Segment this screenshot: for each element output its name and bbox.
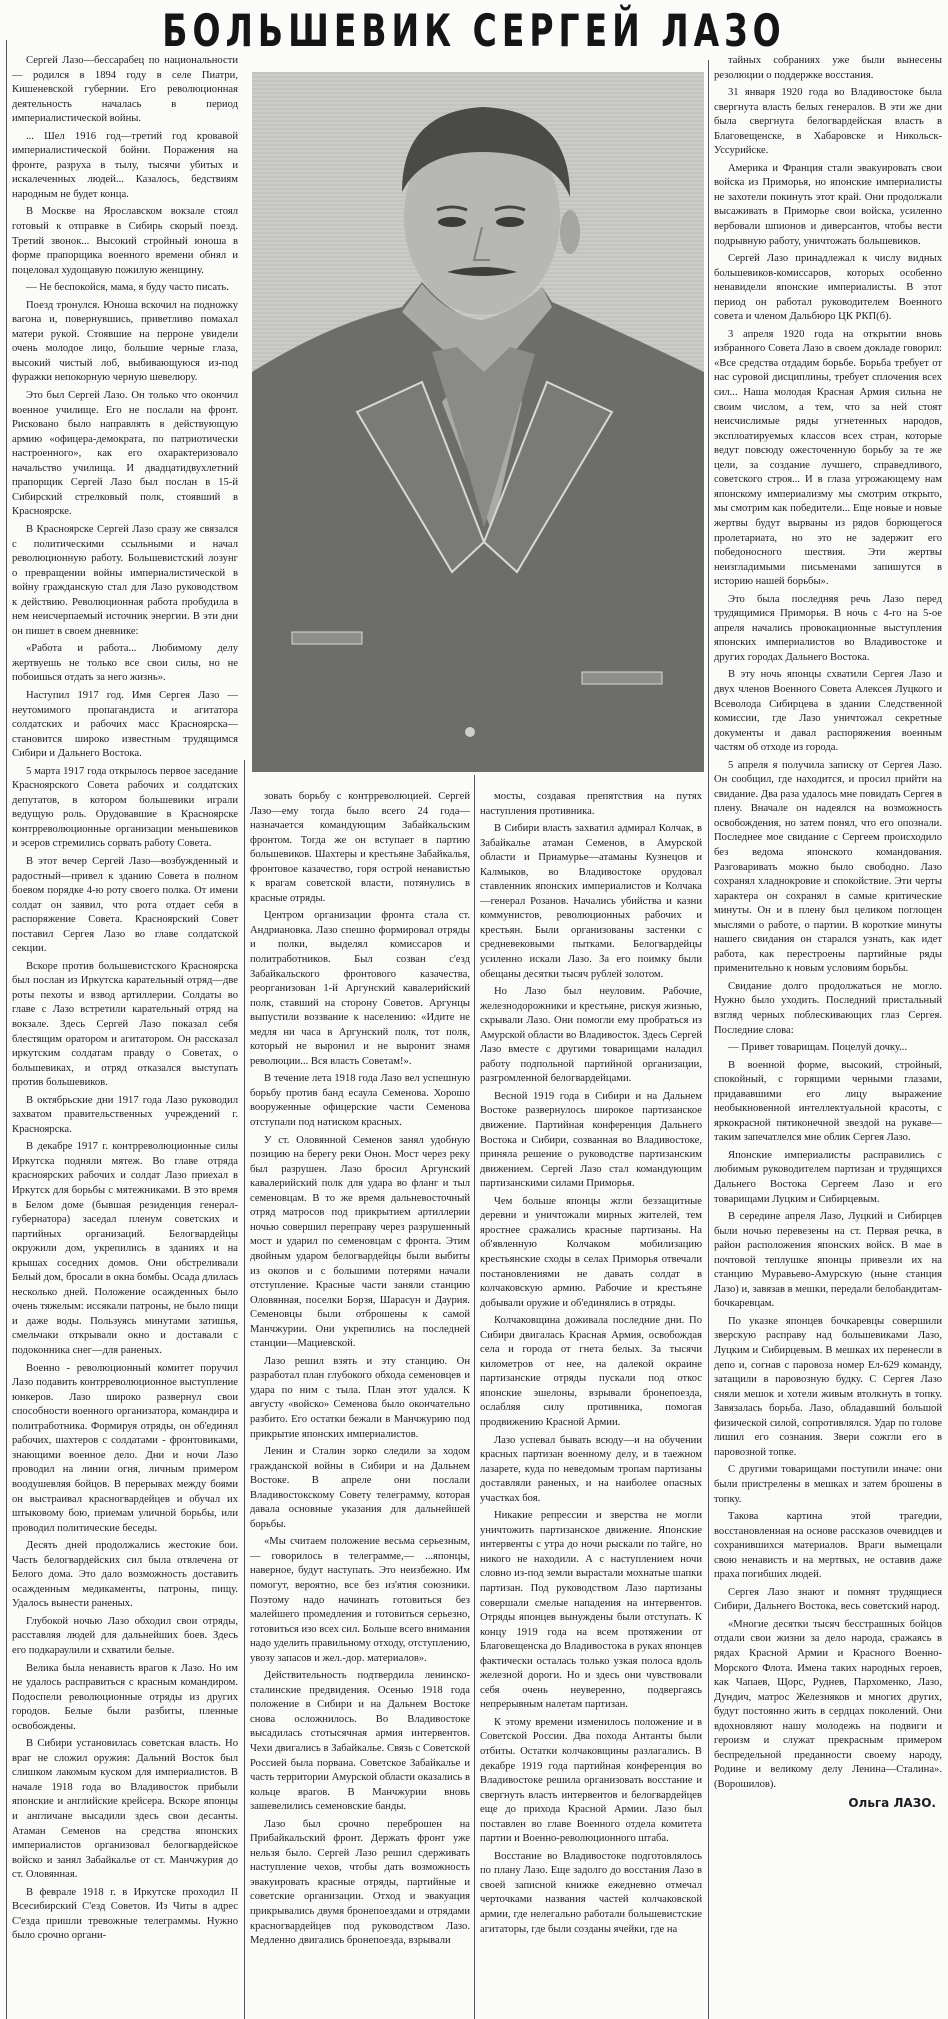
article-paragraph: В эту ночь японцы схватили Сергея Лазо и… (714, 668, 942, 755)
article-column-2: зовать борьбу с контрреволюцией. Сергей … (250, 790, 470, 2016)
author-signature: Ольга ЛАЗО. (714, 1796, 942, 1811)
article-paragraph: Свидание долго продолжаться не могло. Ну… (714, 980, 942, 1038)
article-paragraph: В этот вечер Сергей Лазо—возбужденный и … (12, 855, 238, 957)
article-paragraph: Сергей Лазо—бессарабец по национальности… (12, 54, 238, 127)
article-paragraph: Это была последняя речь Лазо перед трудя… (714, 593, 942, 666)
article-paragraph: Десять дней продолжались жестокие бои. Ч… (12, 1539, 238, 1612)
article-paragraph: — Привет товарищам. Поцелуй дочку... (714, 1041, 942, 1056)
article-paragraph: зовать борьбу с контрреволюцией. Сергей … (250, 790, 470, 906)
article-paragraph: 3 апреля 1920 года на открытии вновь изб… (714, 328, 942, 590)
article-paragraph: 5 апреля я получила записку от Сергея Ла… (714, 759, 942, 977)
article-paragraph: Лазо успевал бывать всюду—и на обучении … (480, 1434, 702, 1507)
article-paragraph: Сергей Лазо принадлежал к числу видных б… (714, 252, 942, 325)
headline: БОЛЬШЕВИК СЕРГЕЙ ЛАЗО (0, 4, 948, 57)
article-paragraph: К этому времени изменилось положение и в… (480, 1716, 702, 1847)
article-paragraph: В Сибири установилась советская власть. … (12, 1737, 238, 1882)
article-paragraph: «Многие десятки тысяч бесстрашных бойцов… (714, 1618, 942, 1793)
article-paragraph: В середине апреля Лазо, Луцкий и Сибирце… (714, 1210, 942, 1312)
article-paragraph: Лазо был срочно переброшен на Прибайкаль… (250, 1818, 470, 1949)
article-column-3: мосты, создавая препятствия на путях нас… (480, 790, 702, 2016)
article-paragraph: С другими товарищами поступили иначе: он… (714, 1463, 942, 1507)
article-column-1: Сергей Лазо—бессарабец по национальности… (12, 54, 238, 2016)
column-rule (244, 760, 245, 2019)
article-paragraph: Вскоре против большевистского Красноярск… (12, 960, 238, 1091)
article-paragraph: В октябрьские дни 1917 года Лазо руковод… (12, 1094, 238, 1138)
article-paragraph: Колчаковщина доживала последние дни. По … (480, 1314, 702, 1430)
article-paragraph: «Работа и работа... Любимому делу жертву… (12, 642, 238, 686)
article-paragraph: «Мы считаем положение весьма серьезным, … (250, 1535, 470, 1666)
article-paragraph: Военно - революционный комитет поручил Л… (12, 1362, 238, 1537)
article-paragraph: Действительность подтвердила ленинско-ст… (250, 1669, 470, 1814)
article-paragraph: Центром организации фронта стала ст. Анд… (250, 909, 470, 1069)
article-paragraph: Америка и Франция стали эвакуировать сво… (714, 162, 942, 249)
article-paragraph: Ленин и Сталин зорко следили за ходом гр… (250, 1445, 470, 1532)
article-paragraph: Сергея Лазо знают и помнят трудящиеся Си… (714, 1586, 942, 1615)
article-paragraph: мосты, создавая препятствия на путях нас… (480, 790, 702, 819)
article-paragraph: Глубокой ночью Лазо обходил свои отряды,… (12, 1615, 238, 1659)
article-paragraph: Весной 1919 года в Сибири и на Дальнем В… (480, 1090, 702, 1192)
article-paragraph: В военной форме, высокий, стройный, спок… (714, 1059, 942, 1146)
article-paragraph: В декабре 1917 г. контрреволюционные сил… (12, 1140, 238, 1358)
article-paragraph: В течение лета 1918 года Лазо вел успешн… (250, 1072, 470, 1130)
column-rule (708, 60, 709, 2019)
article-paragraph: По указке японцев бочкаревцы совершили з… (714, 1315, 942, 1460)
article-column-4: тайных собраниях уже были вынесены резол… (714, 54, 942, 2016)
article-paragraph: В Москве на Ярославском вокзале стоял го… (12, 205, 238, 278)
article-paragraph: В Красноярске Сергей Лазо сразу же связа… (12, 523, 238, 639)
column-rule (6, 40, 7, 2019)
article-paragraph: Восстание во Владивостоке подготовлялось… (480, 1850, 702, 1937)
portrait-of-lazo-icon (252, 72, 704, 772)
article-paragraph: Это был Сергей Лазо. Он только что оконч… (12, 389, 238, 520)
column-rule (474, 775, 475, 2019)
article-paragraph: Лазо решил взять и эту станцию. Он разра… (250, 1355, 470, 1442)
article-paragraph: В феврале 1918 г. в Иркутске проходил II… (12, 1886, 238, 1944)
article-paragraph: — Не беспокойся, мама, я буду часто писа… (12, 281, 238, 296)
article-paragraph: У ст. Оловянной Семенов занял удобную по… (250, 1134, 470, 1352)
article-paragraph: Поезд тронулся. Юноша вскочил на подножк… (12, 299, 238, 386)
article-paragraph: Велика была ненависть врагов к Лазо. Но … (12, 1662, 238, 1735)
portrait-photo (252, 72, 704, 772)
article-paragraph: ... Шел 1916 год—третий год кровавой имп… (12, 130, 238, 203)
article-paragraph: Никакие репрессии и зверства не могли ун… (480, 1509, 702, 1713)
article-paragraph: В Сибири власть захватил адмирал Колчак,… (480, 822, 702, 982)
article-paragraph: Но Лазо был неуловим. Рабочие, железнодо… (480, 985, 702, 1087)
article-paragraph: тайных собраниях уже были вынесены резол… (714, 54, 942, 83)
article-paragraph: Такова картина этой трагедии, восстановл… (714, 1510, 942, 1583)
article-paragraph: 5 марта 1917 года открылось первое засед… (12, 765, 238, 852)
article-paragraph: Наступил 1917 год. Имя Сергея Лазо —неут… (12, 689, 238, 762)
article-paragraph: Японские империалисты расправились с люб… (714, 1149, 942, 1207)
article-paragraph: 31 января 1920 года во Владивостоке была… (714, 86, 942, 159)
article-paragraph: Чем больше японцы жгли беззащитные дерев… (480, 1195, 702, 1311)
